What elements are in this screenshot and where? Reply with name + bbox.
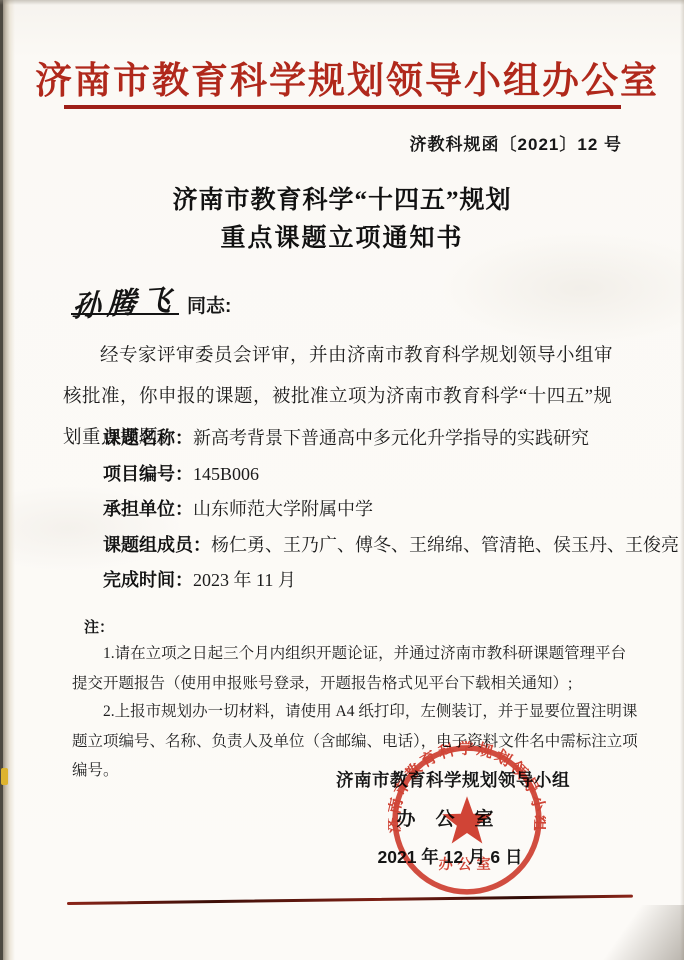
letterhead-rule <box>64 105 621 109</box>
scan-top-edge <box>0 0 684 5</box>
document-number: 济教科规函〔2021〕12 号 <box>410 130 622 155</box>
seal-star-icon <box>442 796 492 843</box>
document-title-line2: 重点课题立项通知书 <box>0 218 684 254</box>
note-item-1: 1.请在立项之日起三个月内组织开题论证，并通过济南市教科研课题管理平台提交开题报… <box>72 639 638 698</box>
scan-yellow-speck <box>1 768 8 785</box>
scan-left-edge <box>0 0 15 960</box>
salutation-suffix: 同志: <box>187 291 231 318</box>
detail-value: 山东师范大学附属中学 <box>193 499 373 519</box>
detail-label: 完成时间： <box>103 570 193 590</box>
detail-value: 新高考背景下普通高中多元化升学指导的实践研究 <box>193 428 589 448</box>
project-details: 课题名称：新高考背景下普通高中多元化升学指导的实践研究 项目编号：145B006… <box>103 427 633 605</box>
document-page: 济南市教育科学规划领导小组办公室 济教科规函〔2021〕12 号 济南市教育科学… <box>0 0 684 960</box>
detail-value: 2023 年 11 月 <box>193 570 296 590</box>
detail-label: 项目编号： <box>103 464 193 484</box>
detail-value: 杨仁勇、王乃广、傅冬、王绵绵、管清艳、侯玉丹、王俊亮 <box>211 535 679 555</box>
detail-row-undertaking-unit: 承担单位：山东师范大学附属中学 <box>103 498 633 521</box>
recipient-name-underline: 孙腾飞 <box>71 281 179 315</box>
detail-label: 课题名称： <box>103 428 193 448</box>
detail-value: 145B006 <box>193 464 259 484</box>
detail-row-team-members: 课题组成员：杨仁勇、王乃广、傅冬、王绵绵、管清艳、侯玉丹、王俊亮 <box>103 534 633 557</box>
document-title-line1: 济南市教育科学“十四五”规划 <box>0 180 684 216</box>
recipient-name-handwritten: 孙腾飞 <box>72 277 178 326</box>
letterhead-office-name: 济南市教育科学规划领导小组办公室 <box>20 50 674 104</box>
detail-row-project-code: 项目编号：145B006 <box>103 463 633 486</box>
detail-row-project-name: 课题名称：新高考背景下普通高中多元化升学指导的实践研究 <box>103 427 633 450</box>
seal-center-text: 办公室 <box>439 855 496 873</box>
notes-label: 注： <box>84 616 114 637</box>
detail-label: 承担单位： <box>103 499 193 519</box>
official-seal: 济南市教育科学规划领导小组 办公室 <box>388 741 546 899</box>
detail-label: 课题组成员： <box>103 535 211 555</box>
scan-corner-shadow <box>574 905 684 960</box>
detail-row-completion-date: 完成时间：2023 年 11 月 <box>103 569 633 592</box>
footer-rule <box>67 895 633 905</box>
